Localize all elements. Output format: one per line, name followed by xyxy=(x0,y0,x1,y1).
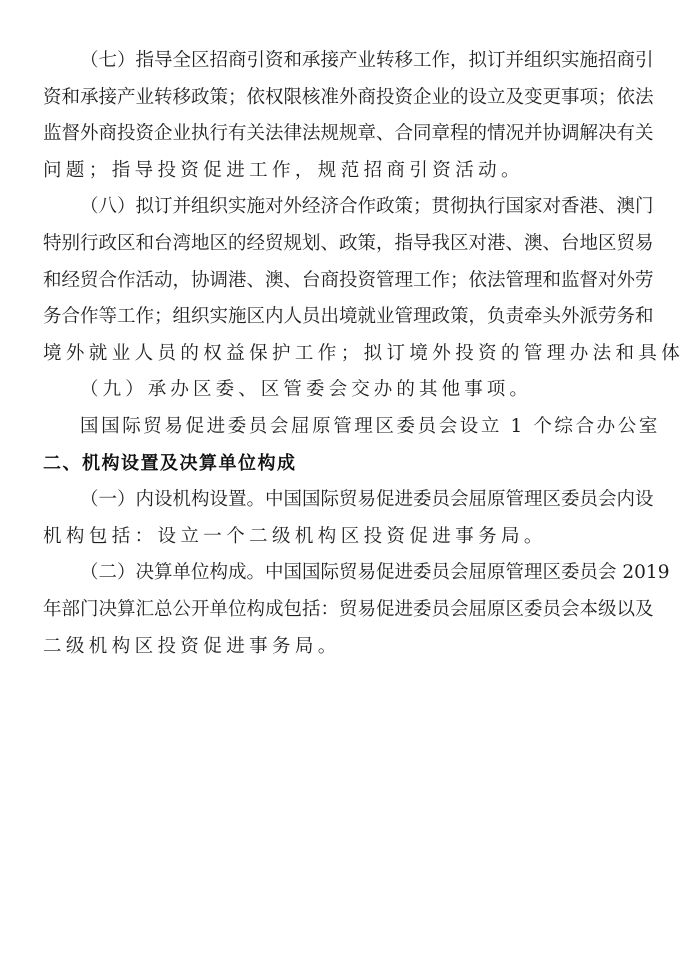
paragraph-item-8: （八）拟订并组织实施对外经济合作政策；贯彻执行国家对香港、澳门 特别行政区和台湾… xyxy=(43,189,640,372)
text-line: 机构包括：设立一个二级机构区投资促进事务局。 xyxy=(43,519,640,556)
text-line: （九）承办区委、区管委会交办的其他事项。 xyxy=(43,372,640,409)
paragraph-office-note: 国国际贸易促进委员会屈原管理区委员会设立 1 个综合办公室 xyxy=(43,409,640,446)
text-line: 境外就业人员的权益保护工作；拟订境外投资的管理办法和具体政策。 xyxy=(43,336,640,373)
text-line: （八）拟订并组织实施对外经济合作政策；贯彻执行国家对香港、澳门 xyxy=(43,189,640,226)
document-page: （七）指导全区招商引资和承接产业转移工作，拟订并组织实施招商引 资和承接产业转移… xyxy=(43,43,640,665)
text-line: 监督外商投资企业执行有关法律法规规章、合同章程的情况并协调解决有关 xyxy=(43,116,640,153)
paragraph-sub-1: （一）内设机构设置。中国国际贸易促进委员会屈原管理区委员会内设 机构包括：设立一… xyxy=(43,482,640,555)
text-line: （一）内设机构设置。中国国际贸易促进委员会屈原管理区委员会内设 xyxy=(43,482,640,519)
text-line: 问题；指导投资促进工作，规范招商引资活动。 xyxy=(43,153,640,190)
text-line: 特别行政区和台湾地区的经贸规划、政策，指导我区对港、澳、台地区贸易 xyxy=(43,226,640,263)
text-line: （二）决算单位构成。中国国际贸易促进委员会屈原管理区委员会 2019 xyxy=(43,555,640,592)
paragraph-item-9: （九）承办区委、区管委会交办的其他事项。 xyxy=(43,372,640,409)
text-line: 年部门决算汇总公开单位构成包括：贸易促进委员会屈原区委员会本级以及 xyxy=(43,592,640,629)
text-line: 资和承接产业转移政策；依权限核准外商投资企业的设立及变更事项；依法 xyxy=(43,80,640,117)
paragraph-sub-2: （二）决算单位构成。中国国际贸易促进委员会屈原管理区委员会 2019 年部门决算… xyxy=(43,555,640,665)
text-line: 国国际贸易促进委员会屈原管理区委员会设立 1 个综合办公室 xyxy=(43,409,640,446)
text-line: （七）指导全区招商引资和承接产业转移工作，拟订并组织实施招商引 xyxy=(43,43,640,80)
section-heading: 二、机构设置及决算单位构成 xyxy=(43,446,640,483)
paragraph-item-7: （七）指导全区招商引资和承接产业转移工作，拟订并组织实施招商引 资和承接产业转移… xyxy=(43,43,640,189)
text-line: 务合作等工作；组织实施区内人员出境就业管理政策，负责牵头外派劳务和 xyxy=(43,299,640,336)
text-line: 和经贸合作活动，协调港、澳、台商投资管理工作；依法管理和监督对外劳 xyxy=(43,263,640,300)
text-line: 二级机构区投资促进事务局。 xyxy=(43,629,640,666)
